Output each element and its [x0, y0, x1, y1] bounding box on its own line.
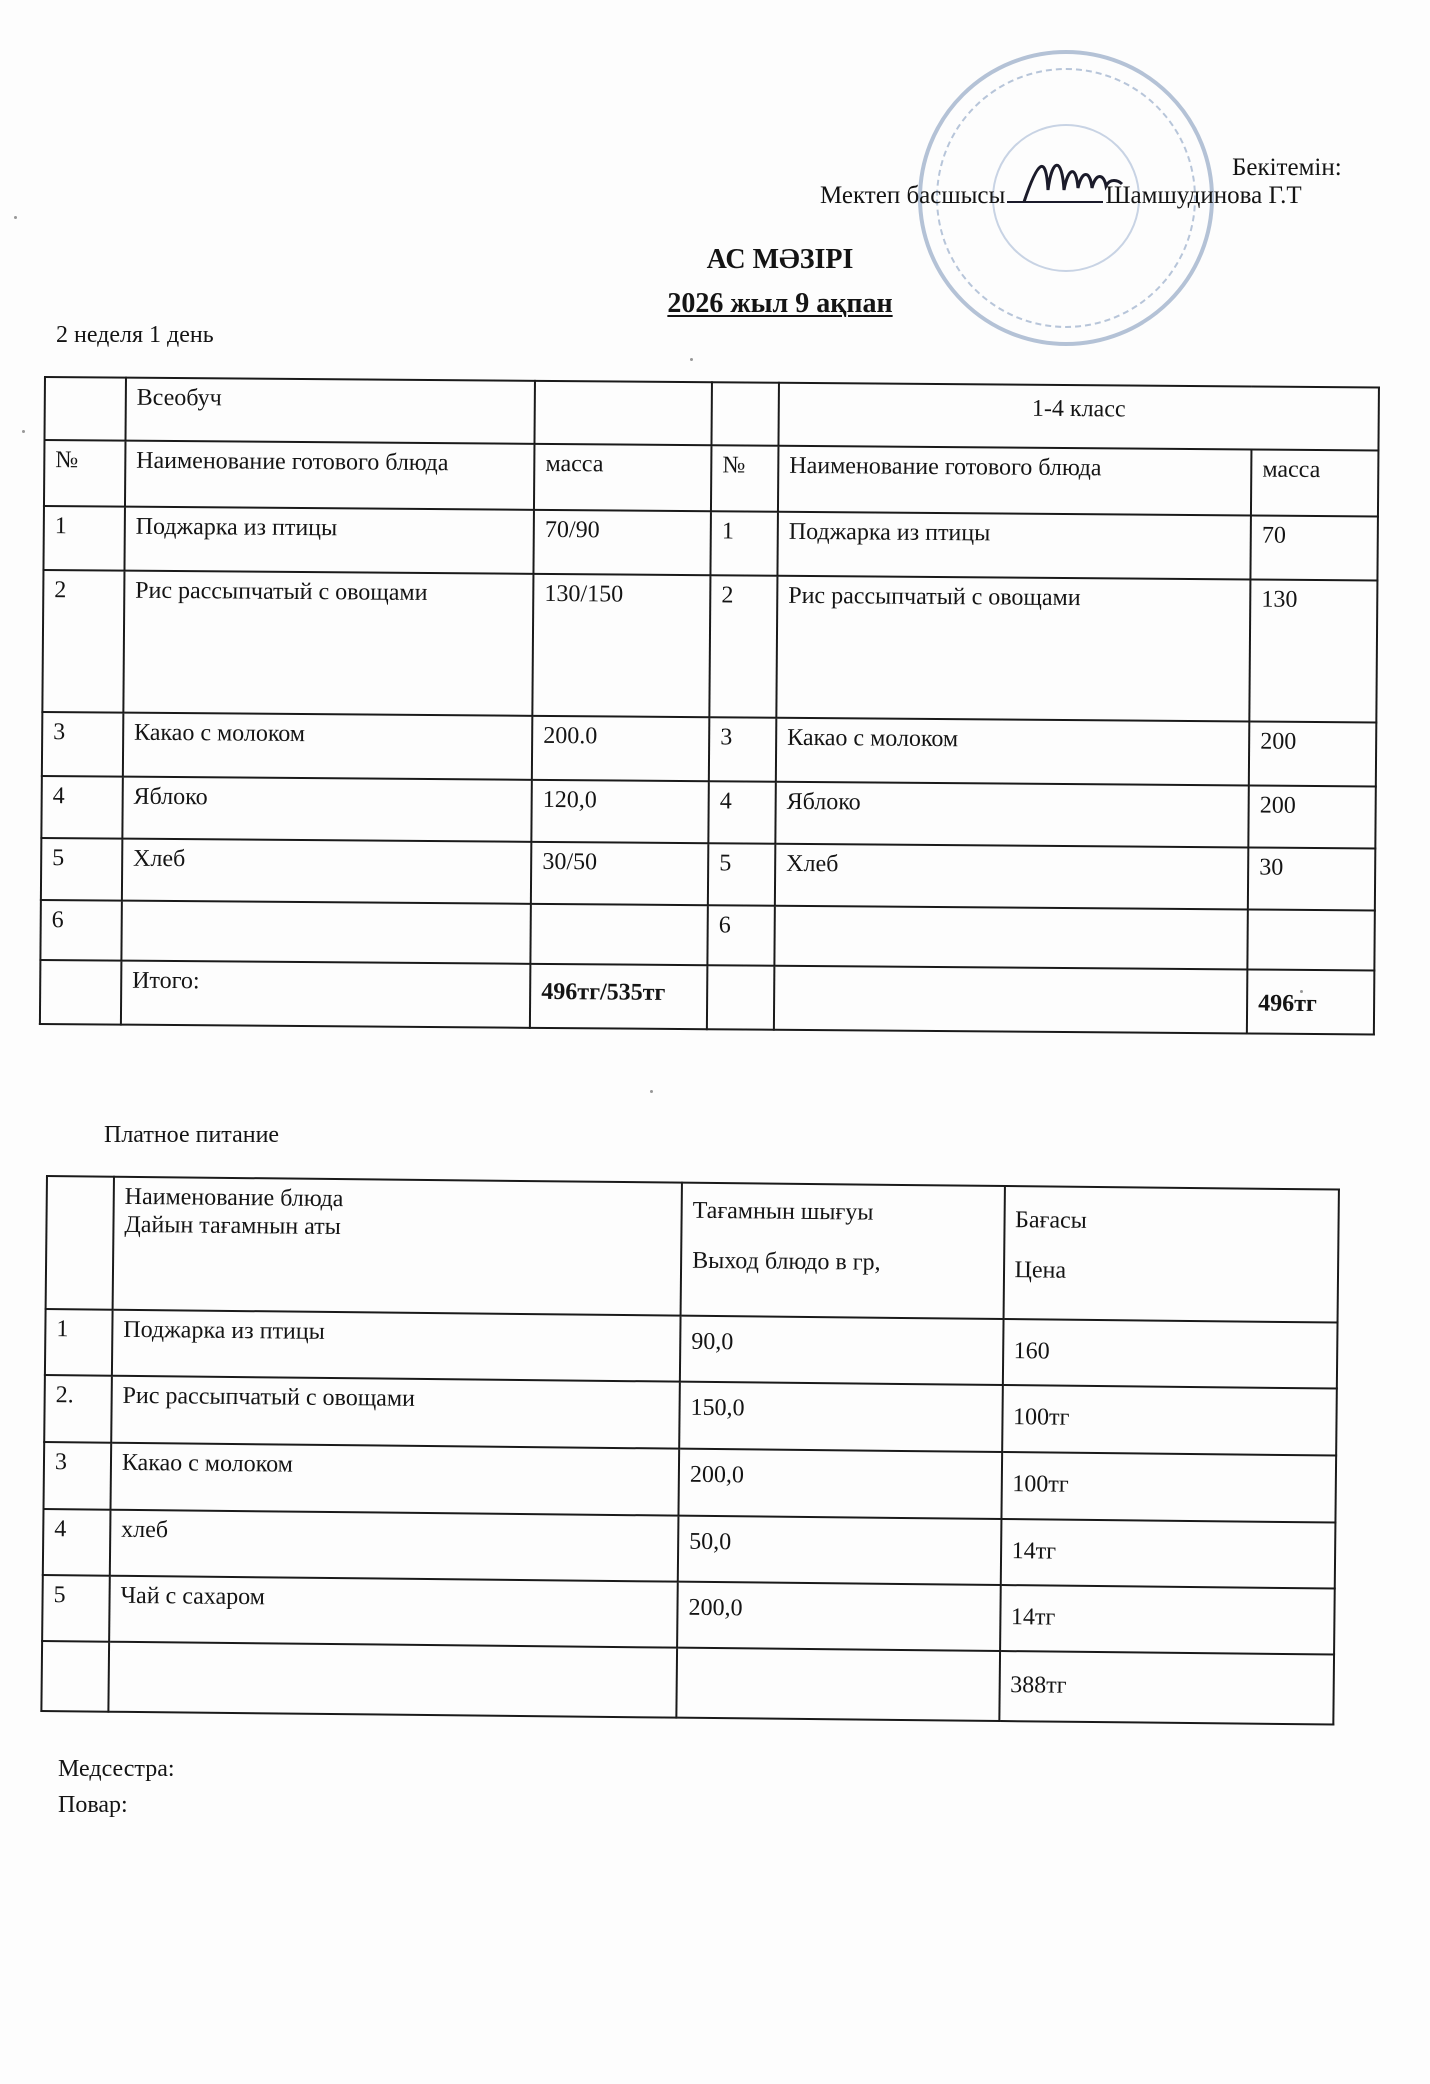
- signature-line: [1007, 183, 1103, 203]
- principal-role: Мектеп басшысы: [820, 182, 1005, 209]
- group-label-class: 1-4 класс: [778, 383, 1378, 451]
- paid-col-header-yield: Тағамнын шығуы Выход блюдо в гр,: [681, 1183, 1005, 1319]
- total-label: Итого:: [121, 961, 531, 1028]
- scan-speck: [22, 430, 25, 433]
- document-date: 2026 жыл 9 ақпан: [0, 288, 1430, 320]
- table-row: 6 6: [40, 900, 1374, 970]
- group-label-vseobuch: Всеобуч: [125, 378, 535, 444]
- group-header-row: Всеобуч 1-4 класс: [44, 377, 1378, 450]
- table-row: 4 Яблоко 120,0 4 Яблоко 200: [41, 776, 1375, 848]
- scan-speck: [14, 216, 17, 219]
- column-header-row: № Наименование готового блюда масса № На…: [44, 440, 1378, 516]
- col-header-name-2: Наименование готового блюда: [778, 446, 1252, 516]
- paid-col-header-price: Бағасы Цена: [1003, 1186, 1339, 1322]
- approval-label: Бекітемін:: [1232, 154, 1342, 182]
- table-row: 2 Рис рассыпчатый с овощами 130/150 2 Ри…: [42, 570, 1377, 722]
- total-row: Итого: 496тг/535тг 496тг: [40, 960, 1374, 1034]
- week-day-label: 2 неделя 1 день: [56, 322, 214, 349]
- col-header-name: Наименование готового блюда: [125, 441, 535, 510]
- paid-total-row: 388тг: [41, 1641, 1334, 1725]
- col-header-mass: масса: [534, 444, 711, 511]
- principal-approval-line: Мектеп басшысыШамшудинова Г.Т: [820, 182, 1302, 210]
- scan-speck: [1300, 990, 1303, 993]
- table-row: 5 Хлеб 30/50 5 Хлеб 30: [41, 838, 1375, 910]
- free-meals-table: Всеобуч 1-4 класс № Наименование готовог…: [39, 376, 1380, 1035]
- table-row: 3 Какао с молоком 200.0 3 Какао с молоко…: [42, 712, 1376, 786]
- paid-col-header-name: Наименование блюда Дайын тағамнын аты: [113, 1177, 682, 1316]
- total-right-value: 496тг: [1247, 969, 1374, 1034]
- paid-meals-table: Наименование блюда Дайын тағамнын аты Та…: [40, 1175, 1340, 1726]
- scan-speck: [690, 358, 693, 361]
- paid-total-value: 388тг: [999, 1651, 1334, 1724]
- paid-meals-label: Платное питание: [104, 1122, 279, 1149]
- col-header-no-2: №: [711, 445, 778, 512]
- principal-name: Шамшудинова Г.Т: [1105, 182, 1301, 209]
- document-title: АС МӘЗІРІ: [0, 244, 1430, 276]
- paid-header-row: Наименование блюда Дайын тағамнын аты Та…: [46, 1176, 1339, 1323]
- total-left-value: 496тг/535тг: [530, 964, 707, 1029]
- nurse-label: Медсестра:: [58, 1756, 175, 1783]
- col-header-no: №: [44, 440, 125, 507]
- scan-speck: [650, 1090, 653, 1093]
- table-row: 1 Поджарка из птицы 70/90 1 Поджарка из …: [43, 506, 1377, 580]
- cook-label: Повар:: [58, 1792, 128, 1819]
- col-header-mass-2: масса: [1251, 449, 1378, 516]
